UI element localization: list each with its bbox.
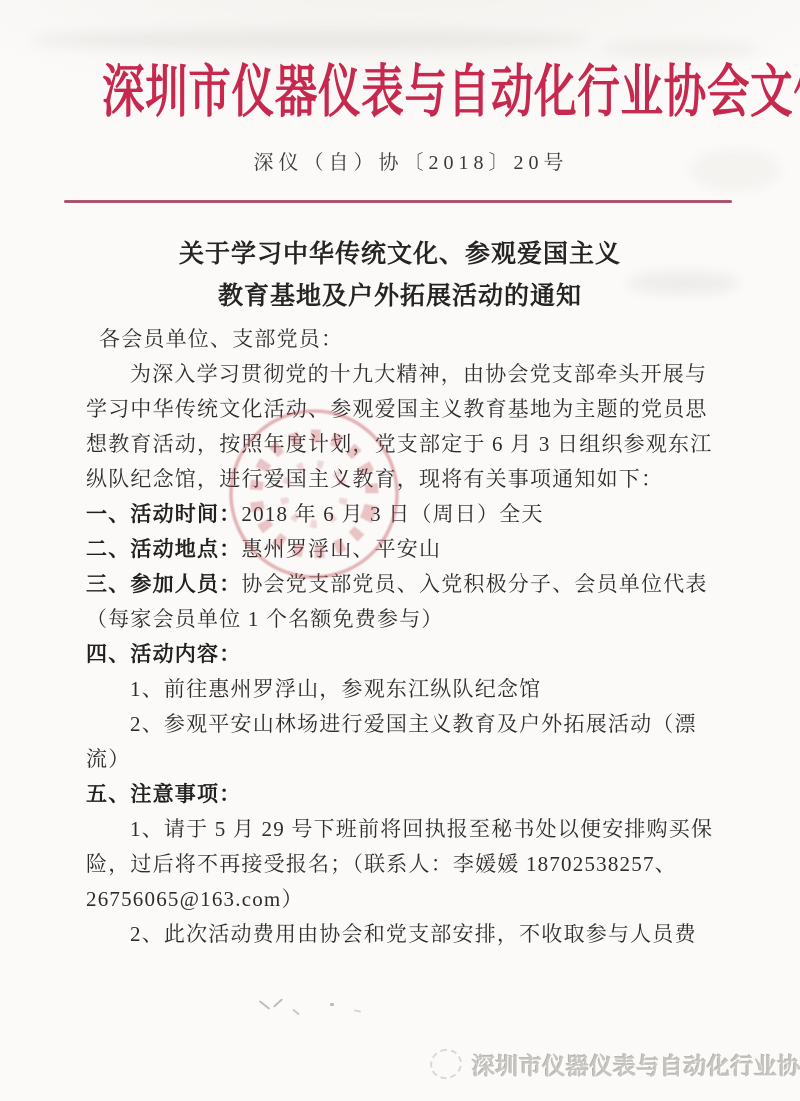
document-title-line1: 关于学习中华传统文化、参观爱国主义 bbox=[0, 234, 800, 276]
body-line-text: 纵队纪念馆，进行爱国主义教育，现将有关事项通知如下： bbox=[86, 467, 663, 491]
body-line-text: 想教育活动，按照年度计划，党支部定于 6 月 3 日组织参观东江 bbox=[86, 432, 712, 456]
body-line-text: 2、此次活动费用由协会和党支部安排，不收取参与人员费 bbox=[130, 922, 697, 946]
body-line: 想教育活动，按照年度计划，党支部定于 6 月 3 日组织参观东江 bbox=[86, 427, 722, 462]
body-line-text: 惠州罗浮山、平安山 bbox=[241, 537, 441, 561]
body-line-text: 协会党支部党员、入党积极分子、会员单位代表 bbox=[241, 572, 707, 596]
body-line: 学习中华传统文化活动、参观爱国主义教育基地为主题的党员思 bbox=[86, 392, 722, 427]
body-line-text: 2、参观平安山林场进行爱国主义教育及户外拓展活动（漂 bbox=[130, 712, 697, 736]
body-line: 为深入学习贯彻党的十九大精神，由协会党支部牵头开展与 bbox=[86, 357, 722, 392]
faint-pencil-marks bbox=[252, 996, 392, 1022]
body-line: 26756065@163.com） bbox=[86, 882, 722, 917]
body-line: 2、此次活动费用由协会和党支部安排，不收取参与人员费 bbox=[86, 917, 722, 952]
document-title-line2: 教育基地及户外拓展活动的通知 bbox=[0, 276, 800, 318]
document-footer: 深圳市仪器仪表与自动化行业协会 bbox=[430, 1046, 800, 1082]
body-line: 2、参观平安山林场进行爱国主义教育及户外拓展活动（漂 bbox=[86, 707, 722, 742]
body-line: （每家会员单位 1 个名额免费参与） bbox=[86, 602, 722, 637]
body-line-text: 学习中华传统文化活动、参观爱国主义教育基地为主题的党员思 bbox=[86, 397, 708, 421]
body-line-text: 26756065@163.com） bbox=[86, 887, 304, 911]
scan-smudge bbox=[600, 42, 760, 56]
body-line-text: 险，过后将不再接受报名；（联系人：李媛媛 18702538257、 bbox=[86, 852, 677, 876]
body-line: 险，过后将不再接受报名；（联系人：李媛媛 18702538257、 bbox=[86, 847, 722, 882]
body-line: 各会员单位、支部党员： bbox=[86, 322, 722, 357]
document-body: 各会员单位、支部党员：为深入学习贯彻党的十九大精神，由协会党支部牵头开展与学习中… bbox=[86, 322, 722, 952]
body-line-text: 1、请于 5 月 29 号下班前将回执报至秘书处以便安排购买保 bbox=[130, 817, 713, 841]
document-title: 关于学习中华传统文化、参观爱国主义 教育基地及户外拓展活动的通知 bbox=[0, 234, 800, 318]
body-line-text: 2018 年 6 月 3 日（周日）全天 bbox=[241, 502, 543, 526]
body-line: 二、活动地点：惠州罗浮山、平安山 bbox=[86, 532, 722, 567]
body-line-text: 各会员单位、支部党员： bbox=[99, 327, 343, 351]
body-line: 一、活动时间：2018 年 6 月 3 日（周日）全天 bbox=[86, 497, 722, 532]
footer-org-name: 深圳市仪器仪表与自动化行业协会 bbox=[472, 1048, 800, 1081]
body-line-text: 流） bbox=[86, 747, 130, 771]
body-line-label: 五、注意事项： bbox=[86, 782, 241, 806]
body-line-label: 一、活动时间： bbox=[86, 502, 241, 526]
scan-smudge bbox=[30, 30, 590, 50]
document-number: 深仪（自）协〔2018〕20号 bbox=[0, 146, 800, 175]
body-line: 1、请于 5 月 29 号下班前将回执报至秘书处以便安排购买保 bbox=[86, 812, 722, 847]
body-line: 1、前往惠州罗浮山，参观东江纵队纪念馆 bbox=[86, 672, 722, 707]
body-line: 三、参加人员：协会党支部党员、入党积极分子、会员单位代表 bbox=[86, 567, 722, 602]
body-line-label: 二、活动地点： bbox=[86, 537, 241, 561]
body-line: 流） bbox=[86, 742, 722, 777]
red-separator-line bbox=[64, 200, 732, 203]
body-line-label: 三、参加人员： bbox=[86, 572, 241, 596]
body-line-text: 为深入学习贯彻党的十九大精神，由协会党支部牵头开展与 bbox=[130, 362, 707, 386]
body-line: 纵队纪念馆，进行爱国主义教育，现将有关事项通知如下： bbox=[86, 462, 722, 497]
red-letterhead-title: 深圳市仪器仪表与自动化行业协会文件 bbox=[102, 58, 698, 128]
body-line-label: 四、活动内容： bbox=[86, 642, 241, 666]
document-page: 深圳市仪器仪表与自动化行业协会文件 深仪（自）协〔2018〕20号 关于学习中华… bbox=[0, 0, 800, 1101]
body-line-text: （每家会员单位 1 个名额免费参与） bbox=[86, 607, 444, 631]
association-emblem-icon bbox=[426, 1044, 466, 1083]
body-line: 四、活动内容： bbox=[86, 637, 722, 672]
body-line-text: 1、前往惠州罗浮山，参观东江纵队纪念馆 bbox=[130, 677, 541, 701]
body-line: 五、注意事项： bbox=[86, 777, 722, 812]
